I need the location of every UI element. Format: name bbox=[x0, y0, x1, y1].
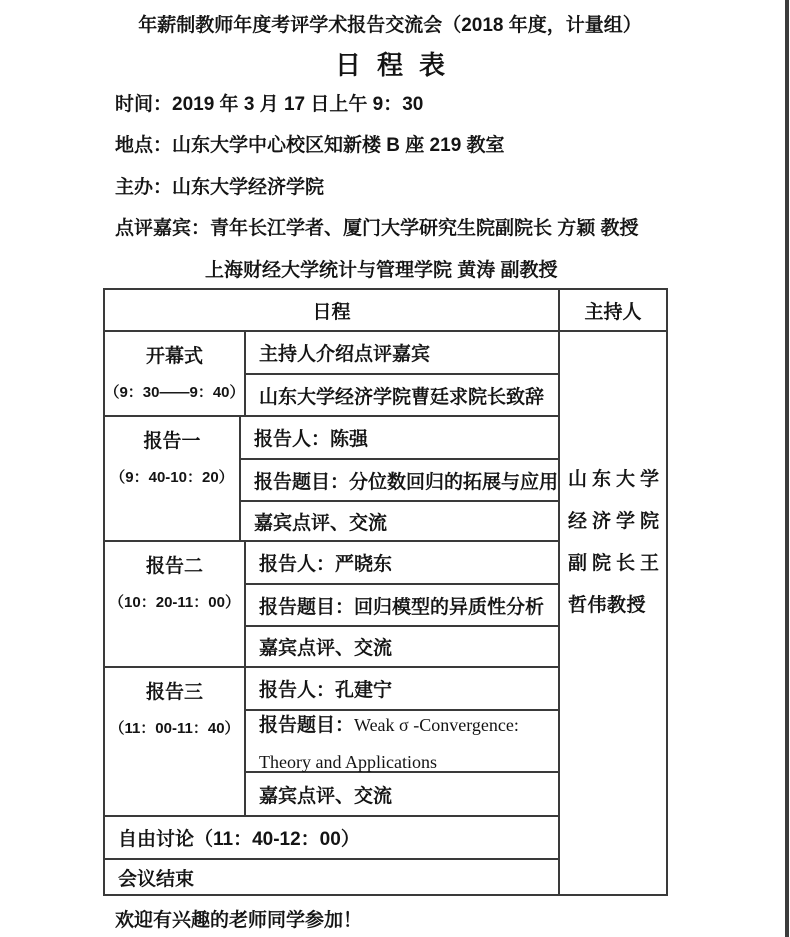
section-report3: 报告三 （11：00-11：40） 报告人：孔建宁 报告题目：Weak σ -C… bbox=[105, 668, 558, 817]
table-row: 报告人：孔建宁 bbox=[246, 668, 558, 711]
section-report2: 报告二 （10：20-11：00） 报告人：严晓东 报告题目：回归模型的异质性分… bbox=[105, 542, 558, 668]
section-label: 报告三 bbox=[146, 677, 203, 704]
document-page: 年薪制教师年度考评学术报告交流会（2018 年度，计量组） 日程表 时间：201… bbox=[0, 0, 790, 937]
header-cell-host: 主持人 bbox=[560, 290, 666, 330]
host-line: 经济学院 bbox=[568, 512, 664, 531]
schedule-heading: 日程表 bbox=[0, 45, 780, 82]
table-header-row: 日程 主持人 bbox=[105, 290, 666, 332]
section-label: 报告二 bbox=[146, 551, 203, 578]
section-time: （9：30——9：40） bbox=[104, 381, 244, 402]
section-time: （9：40-10：20） bbox=[110, 466, 233, 487]
header-cell-schedule: 日程 bbox=[105, 290, 560, 330]
table-row: 嘉宾点评、交流 bbox=[241, 502, 558, 540]
table-row-report3-title: 报告题目：Weak σ -Convergence: Theory and App… bbox=[246, 711, 558, 773]
report1-time-cell: 报告一 （9：40-10：20） bbox=[105, 417, 241, 540]
host-cell: 山东大学 经济学院 副院长王 哲伟教授 bbox=[560, 332, 670, 894]
schedule-table: 日程 主持人 开幕式 （9：30——9：40） 主持人介绍点评嘉宾 山东大学经济… bbox=[103, 288, 668, 896]
section-report1: 报告一 （9：40-10：20） 报告人：陈强 报告题目：分位数回归的拓展与应用… bbox=[105, 417, 558, 542]
host-line: 山东大学 bbox=[568, 470, 664, 489]
table-row: 嘉宾点评、交流 bbox=[246, 627, 558, 666]
report2-time-cell: 报告二 （10：20-11：00） bbox=[105, 542, 246, 666]
schedule-column: 开幕式 （9：30——9：40） 主持人介绍点评嘉宾 山东大学经济学院曹廷求院长… bbox=[105, 332, 560, 894]
table-row: 报告人：严晓东 bbox=[246, 542, 558, 585]
table-row: 报告题目：回归模型的异质性分析 bbox=[246, 585, 558, 627]
section-time: （11：00-11：40） bbox=[109, 717, 239, 738]
row-free-discussion: 自由讨论（11：40-12：00） bbox=[105, 817, 558, 860]
info-time: 时间：2019 年 3 月 17 日上午 9：30 bbox=[115, 89, 423, 116]
table-row: 报告人：陈强 bbox=[241, 417, 558, 460]
document-title: 年薪制教师年度考评学术报告交流会（2018 年度，计量组） bbox=[0, 10, 780, 37]
host-line: 副院长王 bbox=[568, 554, 664, 573]
host-line: 哲伟教授 bbox=[568, 596, 664, 615]
table-row: 主持人介绍点评嘉宾 bbox=[246, 332, 558, 375]
section-opening: 开幕式 （9：30——9：40） 主持人介绍点评嘉宾 山东大学经济学院曹廷求院长… bbox=[105, 332, 558, 417]
info-organizer: 主办：山东大学经济学院 bbox=[115, 172, 324, 199]
opening-time-cell: 开幕式 （9：30——9：40） bbox=[105, 332, 246, 415]
table-row: 报告题目：分位数回归的拓展与应用 bbox=[241, 460, 558, 502]
report3-title-line2: Theory and Applications bbox=[259, 752, 437, 773]
table-row: 山东大学经济学院曹廷求院长致辞 bbox=[246, 375, 558, 415]
info-guest-line2: 上海财经大学统计与管理学院 黄涛 副教授 bbox=[205, 255, 558, 282]
info-location: 地点：山东大学中心校区知新楼 B 座 219 教室 bbox=[115, 130, 505, 157]
table-row: 嘉宾点评、交流 bbox=[246, 773, 558, 815]
section-time: （10：20-11：00） bbox=[109, 591, 240, 612]
row-meeting-end: 会议结束 bbox=[105, 860, 558, 894]
window-edge bbox=[785, 0, 789, 937]
section-label: 开幕式 bbox=[146, 341, 203, 368]
report3-time-cell: 报告三 （11：00-11：40） bbox=[105, 668, 246, 815]
info-guest-line1: 点评嘉宾：青年长江学者、厦门大学研究生院副院长 方颖 教授 bbox=[115, 213, 639, 240]
section-label: 报告一 bbox=[143, 426, 200, 453]
closing-invitation: 欢迎有兴趣的老师同学参加！ bbox=[115, 905, 362, 932]
table-body: 开幕式 （9：30——9：40） 主持人介绍点评嘉宾 山东大学经济学院曹廷求院长… bbox=[105, 332, 666, 894]
report3-title-line1: 报告题目：Weak σ -Convergence: bbox=[259, 710, 519, 737]
